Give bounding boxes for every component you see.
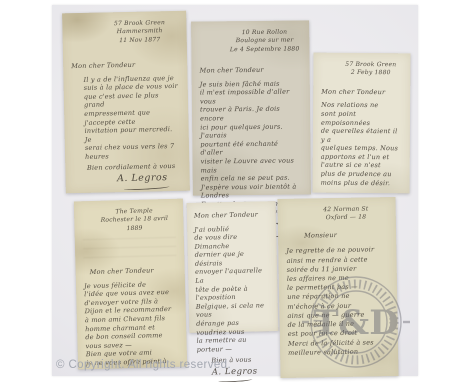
letter-6-greeting: Monsieur <box>286 230 388 240</box>
letter-4-body: Je vous félicite de l'idée que vous avez… <box>84 280 179 368</box>
letter-3-header: 57 Brook Green 2 Feby 1880 <box>339 61 402 78</box>
letter-3-body: Nos relations ne sont point empoisonnées… <box>321 101 403 187</box>
letter-1-greeting: Mon cher Tondeur <box>71 60 179 71</box>
copyright-notice: © Copyright. All rights reserved. <box>56 359 231 371</box>
letter-2-greeting: Mon cher Tondeur <box>200 66 302 76</box>
letter-5-body: J'ai oublié de vous dire Dimanche dernie… <box>194 224 272 354</box>
letter-2-header: 10 Rue Rollon Boulogne sur mer Le 4 Sept… <box>228 28 302 54</box>
letter-6-body: Je regrette de ne pouvoir ainsi me rendr… <box>286 245 390 357</box>
letter-1-header: 57 Brook Green Hammersmith 11 Nov 1877 <box>101 19 179 46</box>
letter-1-body: Il y a de l'influenza que je suis à la p… <box>71 74 181 162</box>
letter-6-header: 42 Norman St Oxford — 18 <box>304 205 388 223</box>
letter-3: 57 Brook Green 2 Feby 1880 Mon cher Tond… <box>313 53 411 194</box>
auction-photo: 57 Brook Green Hammersmith 11 Nov 1877 M… <box>52 5 418 376</box>
letter-4-header: The Temple Rochester le 18 avril 1889 <box>93 207 175 234</box>
letter-3-greeting: Mon cher Tondeur <box>321 87 402 96</box>
ink-showthrough <box>83 237 177 265</box>
letter-5-greeting: Mon cher Tondeur <box>194 210 269 220</box>
letter-5: Mon cher Tondeur J'ai oublié de vous dir… <box>187 201 279 333</box>
letter-6: 42 Norman St Oxford — 18 Monsieur Je reg… <box>277 197 398 378</box>
letter-1: 57 Brook Green Hammersmith 11 Nov 1877 M… <box>62 11 190 194</box>
letter-2: 10 Rue Rollon Boulogne sur mer Le 4 Sept… <box>191 20 311 195</box>
letter-2-body: Je suis bien fâché mais il m'est impossi… <box>200 79 303 217</box>
letter-1-closing: Bien cordialement à vous <box>73 161 181 172</box>
letter-4: The Temple Rochester le 18 avril 1889 Mo… <box>74 199 187 370</box>
letter-4-greeting: Mon cher Tondeur <box>84 266 177 277</box>
